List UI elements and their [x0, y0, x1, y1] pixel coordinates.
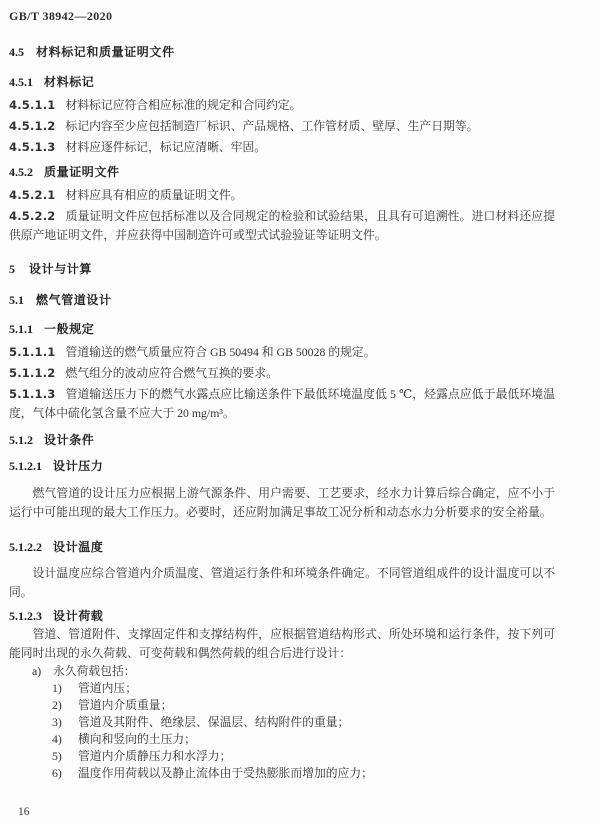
heading-number: 4.5.2: [9, 165, 33, 179]
clause-number: 4.5.1.3: [9, 140, 56, 154]
clause-text: 材料应具有相应的质量证明文件。: [66, 188, 243, 202]
list-label: 6): [52, 765, 78, 782]
list-text: 管道及其附件、绝缘层、保温层、结构附件的重量；: [78, 715, 349, 729]
list-item-2: 2)管道内介质重量；: [9, 697, 555, 714]
clause-text: 材料标记应符合相应标准的规定和合同约定。: [66, 98, 302, 112]
heading-5-1-2-1: 5.1.2.1设计压力: [9, 457, 555, 475]
heading-4-5: 4.5材料标记和质量证明文件: [9, 43, 555, 61]
heading-title: 质量证明文件: [44, 165, 120, 179]
heading-4-5-2: 4.5.2质量证明文件: [9, 163, 555, 181]
clause-text: 质量证明文件应包括标准以及合同规定的检验和试验结果，且具有可追溯性。进口材料还应…: [9, 209, 555, 242]
clause-5-1-1-3: 5.1.1.3管道输送压力下的燃气水露点应比输送条件下最低环境温度低 5 ℃，烃…: [9, 385, 555, 423]
heading-5-1-1: 5.1.1一般规定: [9, 320, 555, 338]
clause-5-1-1-2: 5.1.1.2燃气组分的波动应符合燃气互换的要求。: [9, 364, 555, 383]
page-number: 16: [18, 806, 30, 818]
clause-4-5-1-1: 4.5.1.1材料标记应符合相应标准的规定和合同约定。: [9, 96, 555, 115]
heading-5-1: 5.1燃气管道设计: [9, 291, 555, 309]
paragraph-design-pressure: 燃气管道的设计压力应根据上游气源条件、用户需要、工艺要求，经水力计算后综合确定，…: [9, 484, 555, 522]
heading-number: 5.1.2.3: [9, 609, 42, 623]
standard-number-header: GB/T 38942—2020: [9, 8, 555, 25]
heading-number: 5.1: [9, 293, 24, 307]
list-text: 横向和竖向的土压力；: [78, 732, 196, 746]
clause-number: 5.1.1.1: [9, 345, 56, 359]
list-item-4: 4)横向和竖向的土压力；: [9, 731, 555, 748]
heading-number: 4.5: [9, 45, 24, 59]
list-text: 管道内介质静压力和水浮力；: [78, 749, 231, 763]
list-label: a): [32, 663, 53, 680]
clause-number: 5.1.1.3: [9, 387, 56, 401]
heading-title: 设计温度: [53, 540, 103, 554]
list-item-3: 3)管道及其附件、绝缘层、保温层、结构附件的重量；: [9, 714, 555, 731]
clause-text: 燃气组分的波动应符合燃气互换的要求。: [66, 366, 278, 380]
list-label: 1): [52, 680, 78, 697]
clause-text: 标记内容至少应包括制造厂标识、产品规格、工作管材质、壁厚、生产日期等。: [66, 119, 479, 133]
clause-4-5-1-2: 4.5.1.2标记内容至少应包括制造厂标识、产品规格、工作管材质、壁厚、生产日期…: [9, 117, 555, 136]
heading-4-5-1: 4.5.1材料标记: [9, 73, 555, 91]
clause-number: 4.5.1.1: [9, 98, 56, 112]
list-item-5: 5)管道内介质静压力和水浮力；: [9, 748, 555, 765]
heading-5: 5设计与计算: [9, 260, 555, 278]
list-label: 3): [52, 714, 78, 731]
heading-title: 设计荷载: [53, 609, 103, 623]
paragraph-design-loads: 管道、管道附件、支撑固定件和支撑结构件，应根据管道结构形式、所处环境和运行条件，…: [9, 625, 555, 663]
list-text: 温度作用荷载以及静止流体由于受热膨胀而增加的应力；: [78, 766, 373, 780]
clause-number: 5.1.1.2: [9, 366, 56, 380]
heading-number: 5.1.2.2: [9, 540, 42, 554]
list-label: 5): [52, 748, 78, 765]
clause-text: 管道输送的燃气质量应符合 GB 50494 和 GB 50028 的规定。: [66, 345, 376, 359]
heading-title: 设计与计算: [29, 262, 92, 276]
clause-4-5-1-3: 4.5.1.3材料应逐件标记，标记应清晰、牢固。: [9, 138, 555, 157]
clause-number: 4.5.1.2: [9, 119, 56, 133]
clause-text: 材料应逐件标记，标记应清晰、牢固。: [66, 140, 267, 154]
document-page: GB/T 38942—2020 4.5材料标记和质量证明文件 4.5.1材料标记…: [0, 0, 599, 782]
heading-title: 材料标记: [44, 75, 94, 89]
heading-number: 5.1.2: [9, 433, 33, 447]
clause-number: 4.5.2.1: [9, 188, 56, 202]
clause-number: 4.5.2.2: [9, 209, 56, 223]
heading-5-1-2-3: 5.1.2.3设计荷载: [9, 607, 555, 625]
clause-text: 管道输送压力下的燃气水露点应比输送条件下最低环境温度低 5 ℃，烃露点应低于最低…: [9, 387, 555, 420]
heading-title: 一般规定: [44, 322, 94, 336]
list-label: 2): [52, 697, 78, 714]
list-item-a: a)永久荷载包括：: [9, 663, 555, 680]
heading-number: 5.1.1: [9, 322, 33, 336]
heading-number: 5: [9, 262, 15, 276]
clause-4-5-2-1: 4.5.2.1材料应具有相应的质量证明文件。: [9, 186, 555, 205]
list-item-6: 6)温度作用荷载以及静止流体由于受热膨胀而增加的应力；: [9, 765, 555, 782]
clause-4-5-2-2: 4.5.2.2质量证明文件应包括标准以及合同规定的检验和试验结果，且具有可追溯性…: [9, 207, 555, 245]
list-label: 4): [52, 731, 78, 748]
list-text: 管道内压；: [78, 681, 137, 695]
clause-5-1-1-1: 5.1.1.1管道输送的燃气质量应符合 GB 50494 和 GB 50028 …: [9, 343, 555, 362]
heading-title: 设计条件: [44, 433, 94, 447]
heading-title: 设计压力: [53, 459, 103, 473]
heading-5-1-2-2: 5.1.2.2设计温度: [9, 538, 555, 556]
list-item-1: 1)管道内压；: [9, 680, 555, 697]
heading-5-1-2: 5.1.2设计条件: [9, 431, 555, 449]
heading-number: 4.5.1: [9, 75, 33, 89]
heading-number: 5.1.2.1: [9, 459, 42, 473]
heading-title: 燃气管道设计: [36, 293, 112, 307]
list-text: 永久荷载包括：: [53, 664, 136, 678]
paragraph-design-temperature: 设计温度应综合管道内介质温度、管道运行条件和环境条件确定。不同管道组成件的设计温…: [9, 564, 555, 602]
heading-title: 材料标记和质量证明文件: [36, 45, 175, 59]
list-text: 管道内介质重量；: [78, 698, 172, 712]
